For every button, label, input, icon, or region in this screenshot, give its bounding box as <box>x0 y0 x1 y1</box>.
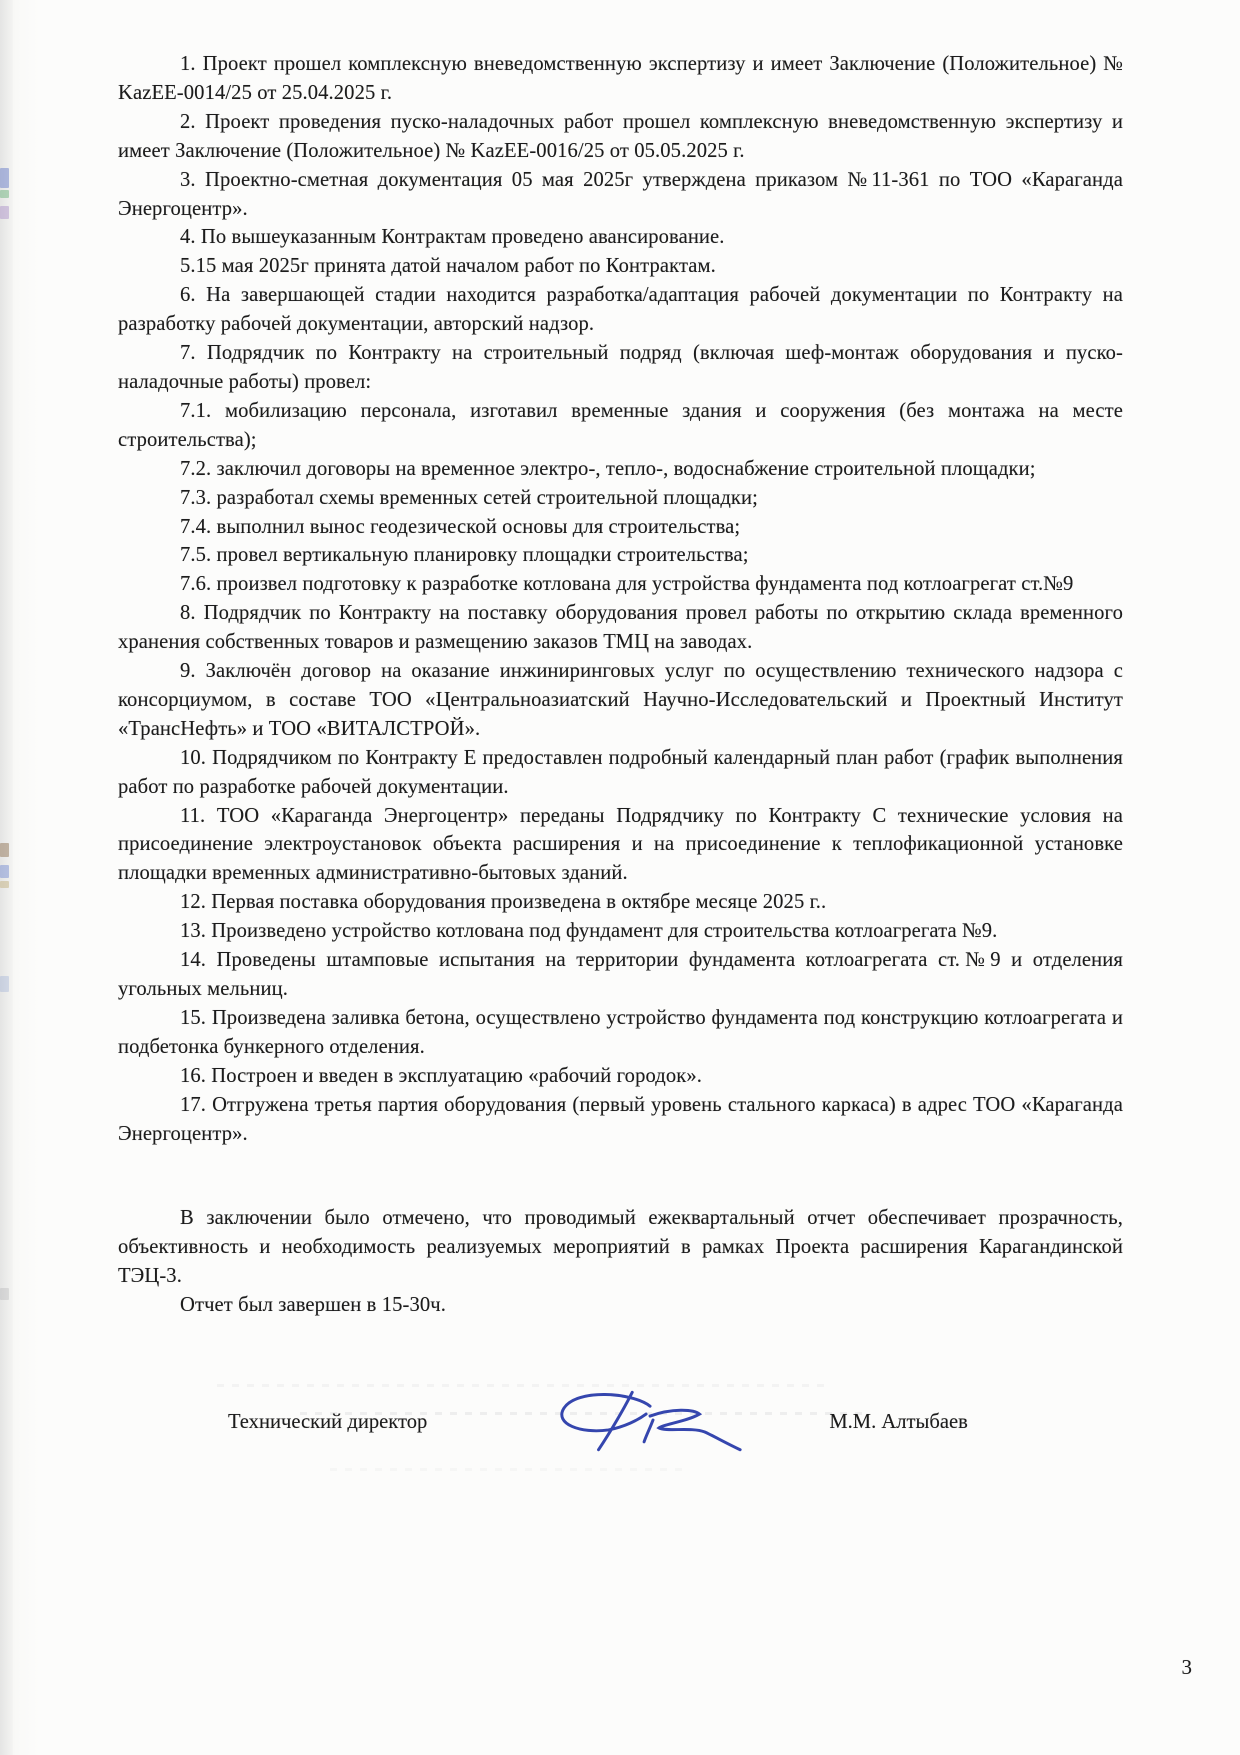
closing-paragraph-list: В заключении было отмечено, что проводим… <box>118 1204 1123 1320</box>
paragraph: 9. Заключён договор на оказание инжинири… <box>118 657 1123 744</box>
paragraph: 8. Подрядчик по Контракту на поставку об… <box>118 599 1123 657</box>
paragraph: 7.5. провел вертикальную планировку площ… <box>118 541 1123 570</box>
paragraph: 1. Проект прошел комплексную вневедомств… <box>118 50 1123 108</box>
page-number: 3 <box>1182 1655 1193 1680</box>
document-page: 1. Проект прошел комплексную вневедомств… <box>0 0 1240 1755</box>
scan-streak-artifact <box>0 881 9 888</box>
paragraph: 13. Произведено устройство котлована под… <box>118 917 1123 946</box>
signature-row: Технический директор М.М. Алтыбаев <box>118 1390 1123 1454</box>
paragraph: 7.6. произвел подготовку к разработке ко… <box>118 570 1123 599</box>
scan-streak-artifact <box>0 865 9 878</box>
paragraph: 2. Проект проведения пуско-наладочных ра… <box>118 108 1123 166</box>
signatory-role: Технический директор <box>228 1411 427 1434</box>
paragraph: 7.2. заключил договоры на временное элек… <box>118 455 1123 484</box>
scan-streak-artifact <box>0 206 9 219</box>
paragraph: 7. Подрядчик по Контракту на строительны… <box>118 339 1123 397</box>
paragraph: 7.1. мобилизацию персонала, изготавил вр… <box>118 397 1123 455</box>
paragraph: В заключении было отмечено, что проводим… <box>118 1204 1123 1291</box>
signatory-name: М.М. Алтыбаев <box>829 1411 968 1434</box>
paragraph: 15. Произведена заливка бетона, осуществ… <box>118 1004 1123 1062</box>
scan-streak-artifact <box>0 843 9 857</box>
paragraph: 7.3. разработал схемы временных сетей ст… <box>118 484 1123 513</box>
paragraph: 10. Подрядчиком по Контракту Е предостав… <box>118 744 1123 802</box>
paragraph: 3. Проектно-сметная документация 05 мая … <box>118 166 1123 224</box>
paragraph: 14. Проведены штамповые испытания на тер… <box>118 946 1123 1004</box>
scan-noise-artifact <box>330 1468 690 1471</box>
paragraph: 17. Отгружена третья партия оборудования… <box>118 1091 1123 1149</box>
paragraph: 5.15 мая 2025г принята датой началом раб… <box>118 252 1123 281</box>
scan-streak-artifact <box>0 976 9 992</box>
signature-ink <box>555 1390 753 1454</box>
paragraph: Отчет был завершен в 15-30ч. <box>118 1291 1123 1320</box>
scan-streak-artifact <box>0 190 9 198</box>
scan-streak-artifact <box>0 1288 9 1300</box>
paragraph-list: 1. Проект прошел комплексную вневедомств… <box>118 50 1123 1148</box>
paragraph: 16. Построен и введен в эксплуатацию «ра… <box>118 1062 1123 1091</box>
paragraph: 6. На завершающей стадии находится разра… <box>118 281 1123 339</box>
paragraph: 4. По вышеуказанным Контрактам проведено… <box>118 223 1123 252</box>
paragraph: 11. ТОО «Караганда Энергоцентр» переданы… <box>118 802 1123 889</box>
document-body: 1. Проект прошел комплексную вневедомств… <box>118 50 1123 1454</box>
scan-streak-artifact <box>0 168 9 188</box>
paragraph: 12. Первая поставка оборудования произве… <box>118 888 1123 917</box>
paragraph: 7.4. выполнил вынос геодезической основы… <box>118 513 1123 542</box>
